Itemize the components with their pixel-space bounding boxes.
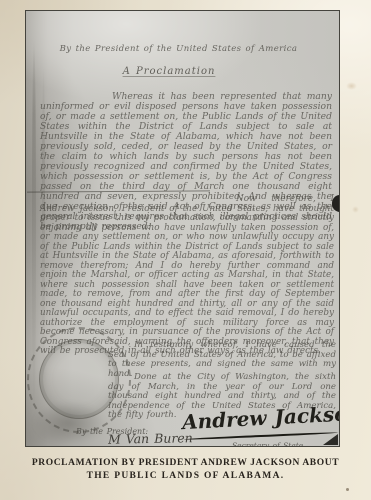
caption-line-2: THE PUBLIC LANDS OF ALABAMA. — [0, 471, 371, 481]
photo-caption: PROCLAMATION BY PRESIDENT ANDREW JACKSON… — [0, 458, 371, 481]
document-photograph: By the President of the United States of… — [25, 10, 340, 447]
signature-flourish-underline — [184, 432, 338, 441]
foxing-spot — [352, 206, 359, 213]
document-heading: By the President of the United States of… — [46, 44, 311, 54]
caption-line-1: PROCLAMATION BY PRESIDENT ANDREW JACKSON… — [0, 458, 371, 468]
photo-corner-mark — [323, 434, 338, 445]
secretary-signature: M Van Buren — [108, 430, 193, 446]
book-page: By the President of the United States of… — [0, 0, 371, 500]
secretary-title: Secretary of State. — [232, 441, 306, 447]
embossed-seal-icon — [39, 339, 119, 419]
ink-fleck — [346, 488, 349, 491]
document-subheading: A Proclamation — [26, 66, 312, 77]
photo-edge-notch — [332, 195, 340, 212]
foxing-spot — [346, 82, 357, 90]
